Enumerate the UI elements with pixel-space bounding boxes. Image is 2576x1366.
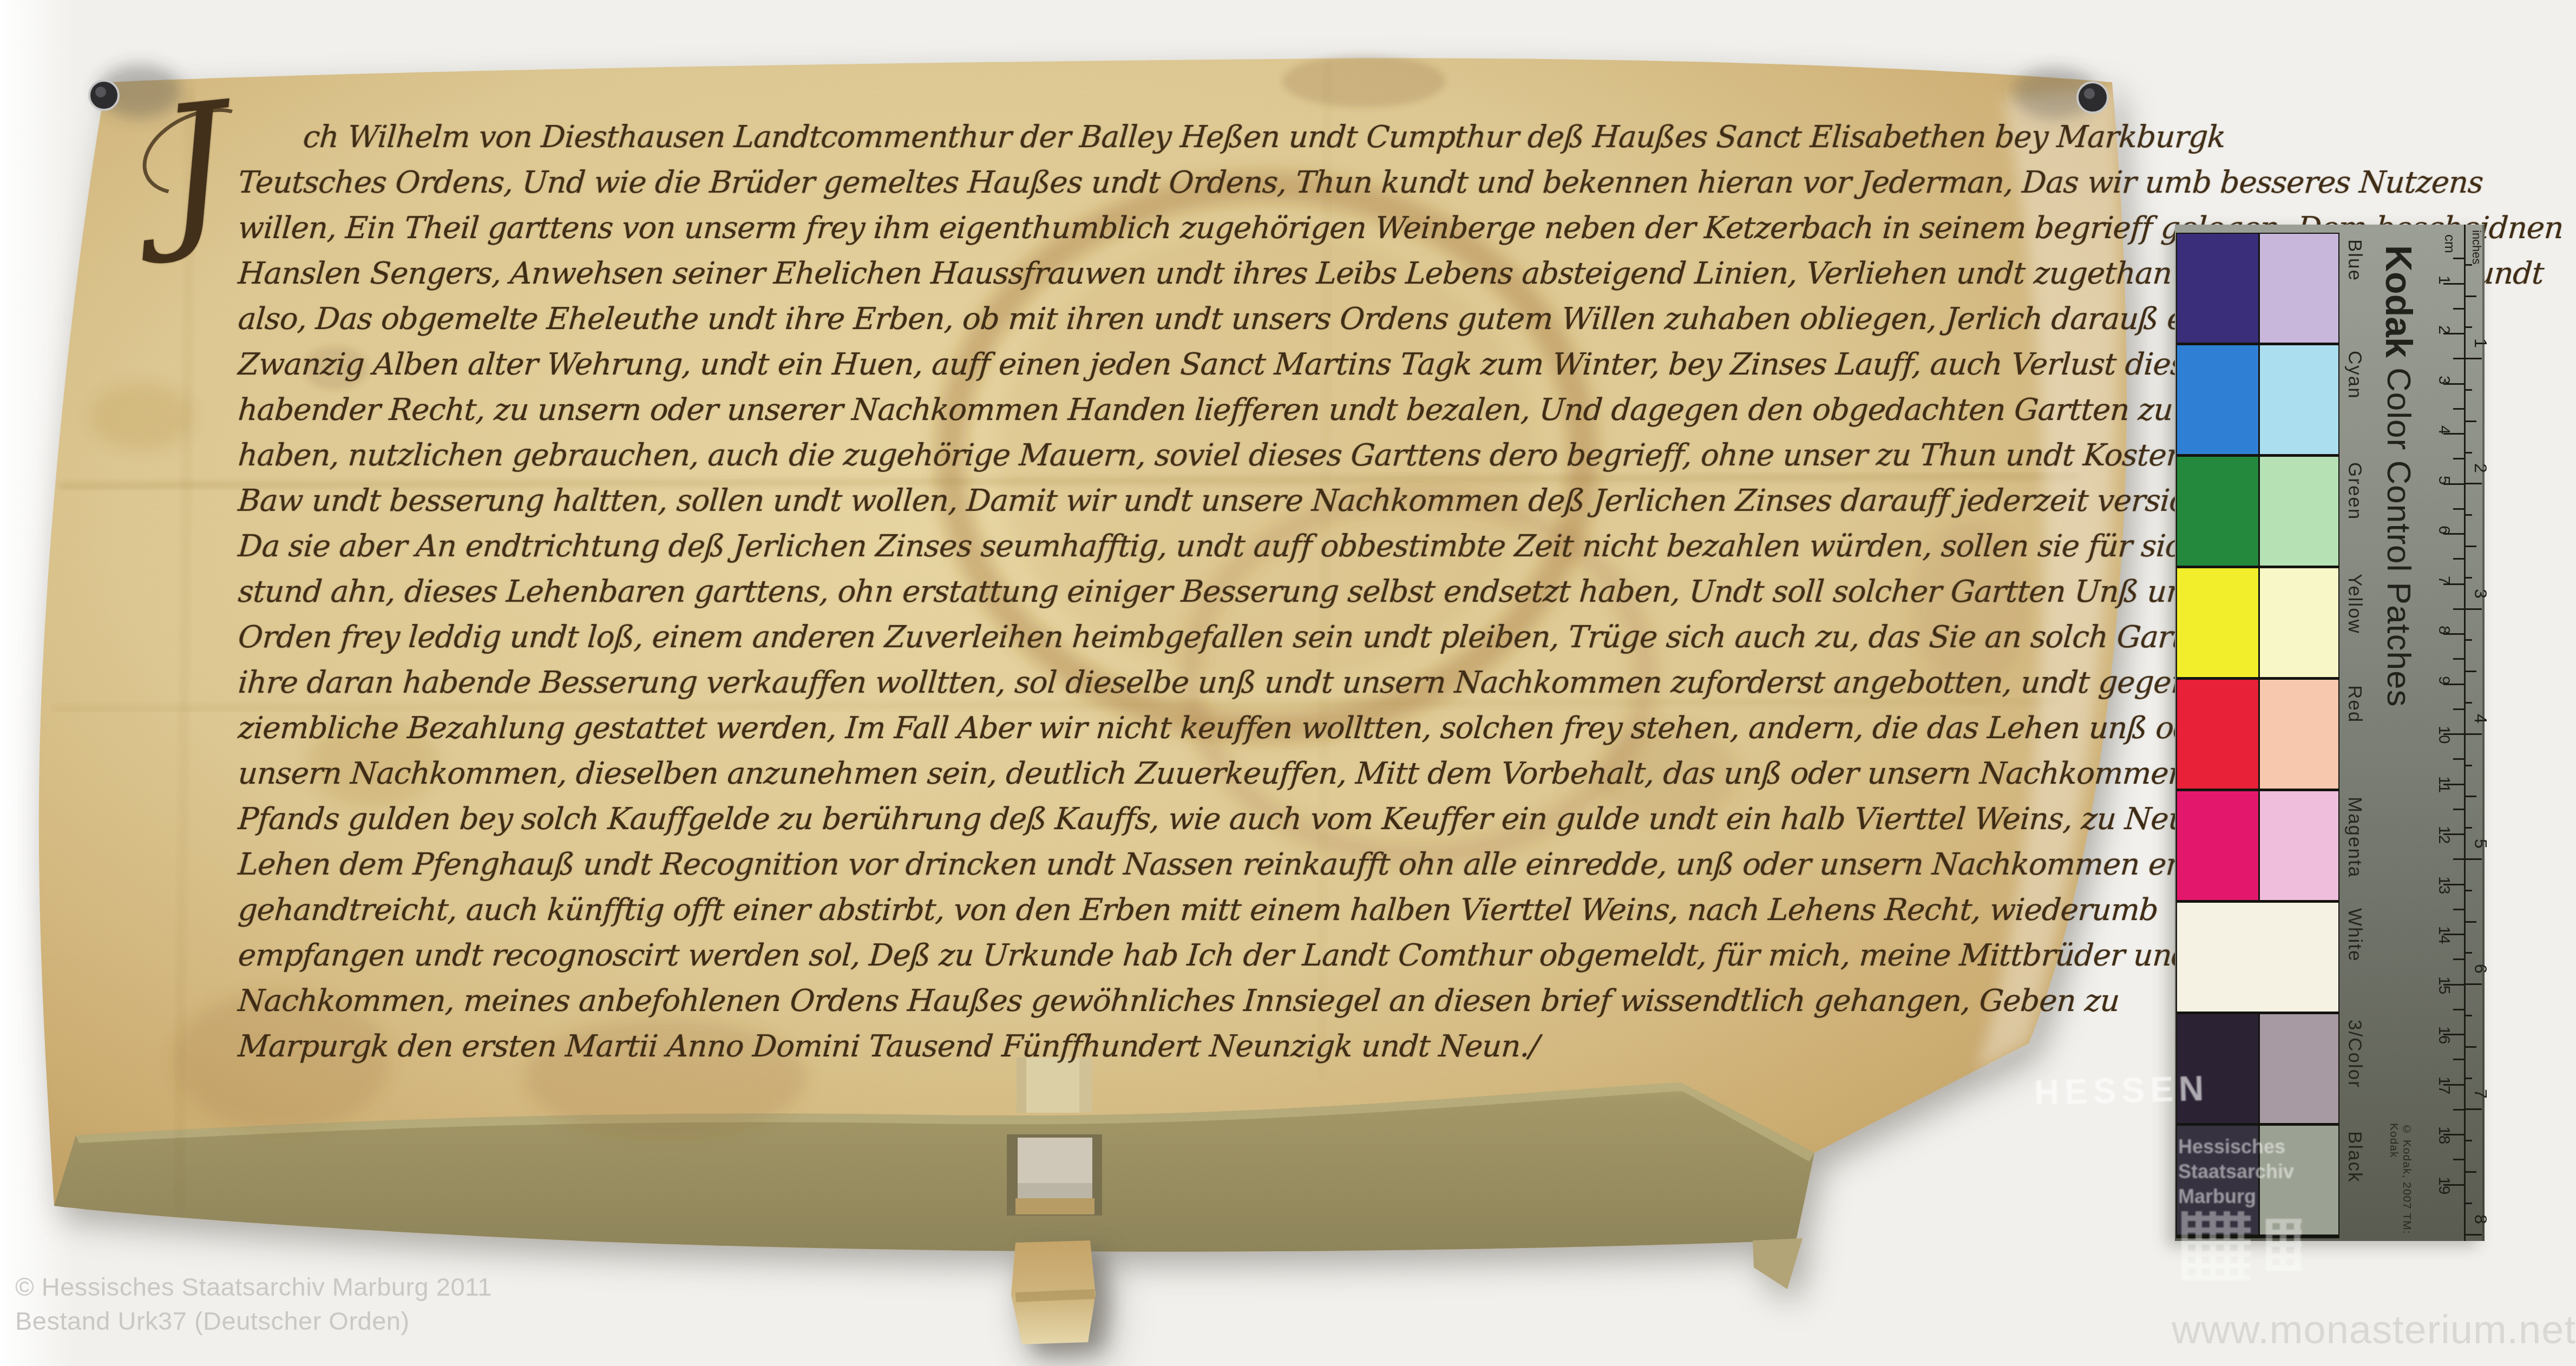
inch-tick	[2466, 1078, 2472, 1079]
patch-label: White	[2344, 908, 2365, 962]
cm-number: 6	[2435, 526, 2453, 535]
inch-tick	[2466, 671, 2476, 672]
cm-tick	[2453, 308, 2464, 310]
inch-tick	[2466, 295, 2476, 297]
cm-number: 12	[2435, 826, 2453, 844]
charter-line: Lehen dem Pfenghauß undt Recognition vor…	[237, 842, 2075, 888]
cm-tick	[2453, 608, 2464, 610]
patch-blue-strong	[2177, 234, 2258, 343]
charter-line: Baw undt besserung haltten, sollen undt …	[237, 478, 2075, 524]
inch-tick	[2466, 765, 2472, 766]
patch-label: Yellow	[2344, 574, 2365, 634]
cm-number: 11	[2435, 776, 2453, 793]
stamp-line: Hessisches	[2178, 1134, 2294, 1159]
inch-tick	[2466, 1046, 2476, 1048]
cm-tick	[2453, 258, 2464, 259]
inch-tick	[2466, 796, 2476, 797]
cm-tick	[2453, 1059, 2464, 1060]
inch-tick	[2466, 639, 2472, 641]
cm-number: 15	[2435, 976, 2453, 994]
patch-white	[2177, 903, 2338, 1012]
inch-tick	[2466, 577, 2472, 579]
inch-tick	[2466, 733, 2482, 735]
archive-copyright: © Hessisches Staatsarchiv Marburg 2011 B…	[15, 1270, 492, 1338]
cm-tick	[2453, 1109, 2464, 1111]
inch-tick	[2466, 421, 2476, 422]
patch-green-strong	[2177, 457, 2258, 566]
inch-tick	[2466, 389, 2472, 391]
cm-tick	[2453, 408, 2464, 410]
pin-top-right	[2013, 67, 2108, 119]
cm-number: 10	[2435, 726, 2453, 744]
patch-cyan-strong	[2177, 345, 2258, 454]
cm-tick	[2453, 458, 2464, 459]
patch-red-light	[2260, 680, 2338, 789]
inch-tick	[2466, 952, 2472, 954]
stamp-line: Staatsarchiv	[2178, 1159, 2294, 1184]
patch-red-strong	[2177, 680, 2258, 789]
patch-green-light	[2260, 457, 2338, 566]
inch-tick	[2466, 702, 2472, 704]
cm-tick	[2453, 958, 2464, 960]
patch-label: Green	[2344, 462, 2365, 520]
patch-3-color-light	[2260, 1014, 2338, 1123]
cm-tick	[2453, 708, 2464, 710]
cm-number: 16	[2435, 1026, 2453, 1044]
charter-line: stund ahn, dieses Lehenbaren garttens, o…	[237, 569, 2075, 615]
patch-row-blue	[2176, 233, 2339, 344]
stamp-line: Marburg	[2178, 1184, 2294, 1209]
patch-row-magenta	[2176, 790, 2339, 902]
inch-tick	[2466, 983, 2482, 985]
inch-tick	[2466, 358, 2482, 359]
patch-cyan-light	[2260, 345, 2338, 454]
inch-number: 3	[2470, 589, 2490, 599]
charter-line: Hanslen Sengers, Anwehsen seiner Ehelich…	[237, 251, 2075, 297]
inch-tick	[2466, 890, 2472, 891]
inch-tick	[2466, 546, 2476, 547]
charter-line: Nachkommen, meines anbefohlenen Ordens H…	[237, 978, 2075, 1024]
patch-label: Cyan	[2344, 351, 2365, 399]
cm-number: 19	[2435, 1177, 2453, 1194]
inch-tick	[2466, 1140, 2472, 1141]
strip-right-edge	[2482, 225, 2485, 1241]
kodak-brand-title: Kodak Color Control Patches	[2377, 245, 2420, 707]
charter-line: habender Recht, zu unsern oder unserer N…	[237, 388, 2075, 433]
cm-tick	[2453, 558, 2464, 560]
hessen-stamp-lines: Hessisches Staatsarchiv Marburg	[2178, 1134, 2294, 1209]
cm-number: 3	[2435, 376, 2453, 385]
inch-number: 5	[2470, 839, 2490, 849]
cm-tick	[2453, 858, 2464, 860]
cm-number: 4	[2435, 425, 2453, 435]
inch-number: 4	[2470, 714, 2490, 724]
patch-label: 3/Color	[2344, 1020, 2365, 1088]
cm-number: 1	[2435, 275, 2453, 285]
inch-number: 6	[2470, 964, 2490, 974]
cm-number: 7	[2435, 576, 2453, 585]
inch-number: 1	[2470, 338, 2490, 348]
cm-number: 14	[2435, 926, 2453, 944]
cm-number: 13	[2435, 876, 2453, 894]
charter-line: ziembliche Bezahlung gestattet werden, I…	[237, 706, 2075, 751]
patch-row-green	[2176, 456, 2339, 567]
cm-number: 8	[2435, 626, 2453, 635]
charter-line: Pfands gulden bey solch Kauffgelde zu be…	[237, 797, 2075, 842]
charter-line: Zwanzig Alben alter Wehrung, undt ein Hu…	[237, 342, 2075, 388]
charter-line: Teutsches Ordens, Und wie die Brüder gem…	[237, 160, 2075, 206]
stamp-pixel-logo	[2181, 1211, 2251, 1280]
inch-tick	[2466, 514, 2472, 516]
patch-magenta-strong	[2177, 791, 2258, 900]
inch-tick	[2466, 921, 2476, 923]
patch-row-red	[2176, 679, 2339, 790]
inch-tick	[2466, 1171, 2476, 1173]
inch-number: 7	[2470, 1089, 2490, 1099]
charter-line: empfangen undt recognoscirt werden sol, …	[237, 933, 2075, 978]
charter-line: haben, nutzlichen gebrauchen, auch die z…	[237, 433, 2075, 478]
kodak-copyright-smallprint: © Kodak, 2007 TM: Kodak	[2387, 1123, 2413, 1241]
charter-line: unsern Nachkommen, dieselben anzunehmen …	[237, 751, 2075, 797]
inch-tick	[2466, 1203, 2472, 1204]
inch-number: 8	[2470, 1214, 2490, 1224]
cm-tick	[2453, 1009, 2464, 1010]
charter-line: Marpurgk den ersten Martii Anno Domini T…	[237, 1024, 2075, 1069]
inch-tick	[2466, 326, 2472, 328]
inch-tick	[2466, 1015, 2472, 1016]
cm-number: 5	[2435, 476, 2453, 485]
hessen-stamp-word: HESSEN	[2034, 1068, 2210, 1113]
charter-text: ch Wilhelm von Diesthausen Landtcommenth…	[238, 115, 2073, 1069]
inch-tick	[2466, 608, 2482, 610]
cm-tick	[2453, 508, 2464, 510]
archive-copyright-line2: Bestand Urk37 (Deutscher Orden)	[15, 1304, 492, 1338]
patch-row-cyan	[2176, 344, 2339, 456]
patch-label: Red	[2344, 685, 2365, 723]
stamp-pixel-logo	[2266, 1219, 2302, 1271]
cm-tick	[2453, 758, 2464, 760]
patch-yellow-strong	[2177, 568, 2258, 677]
cm-number: 9	[2435, 676, 2453, 685]
patch-label: Black	[2344, 1131, 2365, 1183]
kodak-logo-text: Kodak	[2378, 245, 2419, 358]
cm-tick	[2453, 358, 2464, 359]
inch-tick	[2466, 858, 2482, 860]
inch-tick	[2466, 1108, 2482, 1110]
cm-tick	[2453, 1159, 2464, 1160]
inches-unit-label: inches	[2469, 230, 2483, 265]
charter-line: also, Das obgemelte Eheleuthe undt ihre …	[237, 297, 2075, 342]
charter-line: Da sie aber An endtrichtung deß Jerliche…	[237, 524, 2075, 569]
kodak-color-strip: BlueCyanGreenYellowRedMagentaWhite3/Colo…	[2175, 225, 2485, 1241]
patch-magenta-light	[2260, 791, 2338, 900]
patch-blue-light	[2260, 234, 2338, 343]
inch-number: 2	[2470, 463, 2490, 473]
cm-number: 2	[2435, 325, 2453, 334]
patch-label: Blue	[2344, 239, 2365, 281]
cm-tick	[2453, 809, 2464, 810]
inch-tick	[2466, 483, 2482, 484]
archive-copyright-line1: © Hessisches Staatsarchiv Marburg 2011	[15, 1270, 492, 1304]
scan-page: { "page":{"background":"#f1f0ec","parchm…	[0, 0, 2576, 1366]
charter-line: ch Wilhelm von Diesthausen Landtcommenth…	[301, 115, 2075, 160]
charter-line: ihre daran habende Besserung verkauffen …	[237, 660, 2075, 706]
cm-tick	[2453, 909, 2464, 910]
cm-tick	[2453, 658, 2464, 660]
patch-row-white	[2176, 902, 2339, 1013]
cm-unit-label: cm	[2441, 234, 2458, 253]
cm-number: 18	[2435, 1126, 2453, 1144]
charter-line: gehandtreicht, auch künfftig offt einer …	[237, 888, 2075, 933]
monasterium-watermark: www.monasterium.net	[1927, 1306, 2576, 1352]
patch-yellow-light	[2260, 568, 2338, 677]
charter-line: Orden frey leddig undt loß, einem andere…	[237, 615, 2075, 660]
inch-tick	[2466, 827, 2472, 829]
charter-line: willen, Ein Theil garttens von unserm fr…	[237, 206, 2075, 251]
inch-tick	[2466, 452, 2472, 454]
inch-tick	[2466, 1234, 2482, 1236]
patch-label: Magenta	[2344, 797, 2365, 878]
patch-row-yellow	[2176, 567, 2339, 679]
cm-number: 17	[2435, 1076, 2453, 1094]
kodak-title-text: Color Control Patches	[2380, 358, 2417, 707]
